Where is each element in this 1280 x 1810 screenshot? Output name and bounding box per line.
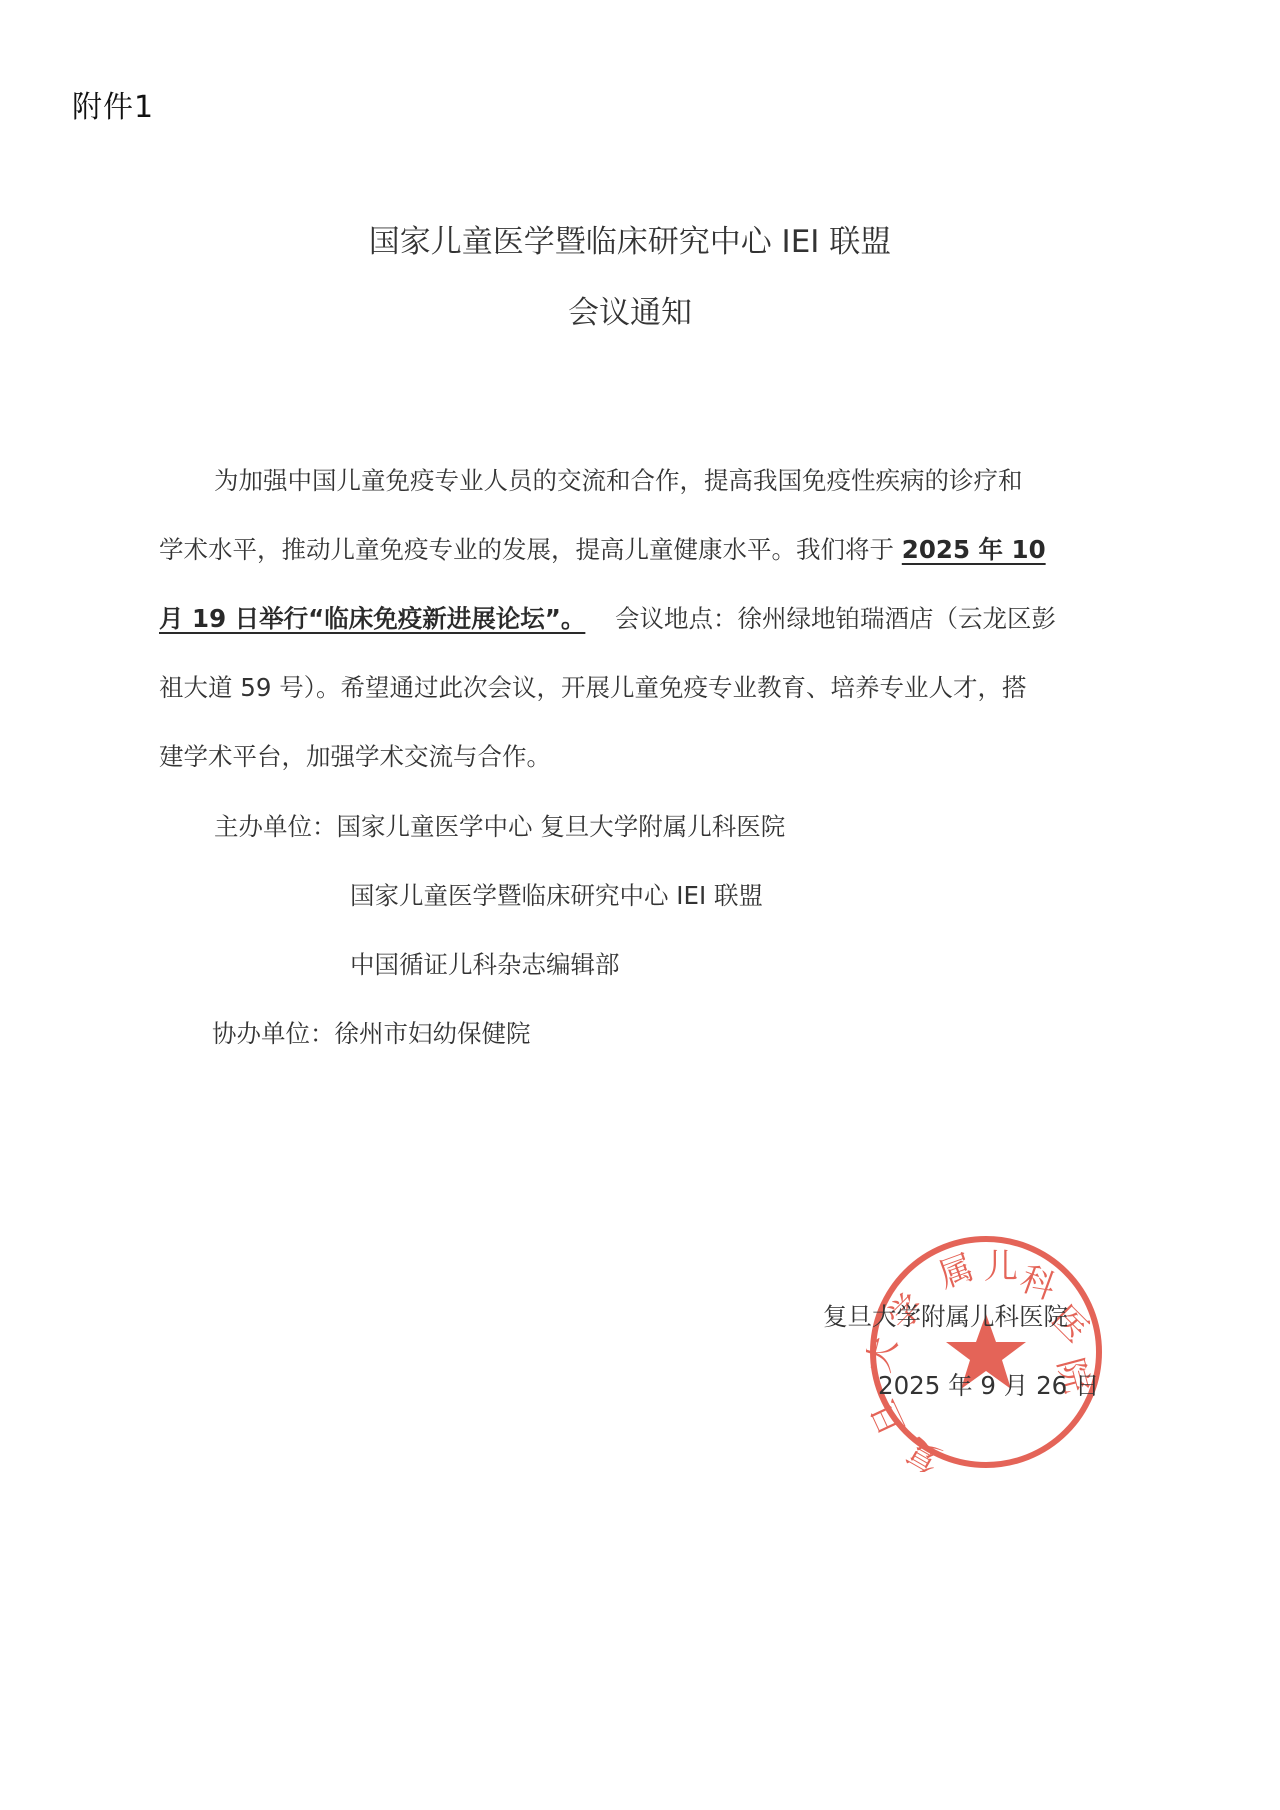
cohost-label: 协办单位：: [212, 1015, 335, 1050]
document-title: 国家儿童医学暨临床研究中心 IEI 联盟: [0, 216, 1260, 261]
signature-organization: 复旦大学附属儿科医院: [823, 1298, 1068, 1333]
body-line-2-text: 学术水平，推动儿童免疫专业的发展，提高儿童健康水平。我们将于: [159, 535, 894, 564]
host-org-2: 国家儿童医学暨临床研究中心 IEI 联盟: [350, 877, 763, 912]
venue-text: 会议地点：徐州绿地铂瑞酒店（云龙区彭: [615, 604, 1056, 633]
document-subtitle: 会议通知: [0, 287, 1260, 332]
event-date-part2: 月 19 日举行“临床免疫新进展论坛”。: [159, 604, 585, 633]
body-line-5: 建学术平台，加强学术交流与合作。: [159, 738, 551, 773]
host-org-3: 中国循证儿科杂志编辑部: [350, 946, 620, 981]
body-line-3: 月 19 日举行“临床免疫新进展论坛”。 会议地点：徐州绿地铂瑞酒店（云龙区彭: [159, 600, 1056, 635]
body-line-4: 祖大道 59 号）。希望通过此次会议，开展儿童免疫专业教育、培养专业人才，搭: [159, 669, 1027, 704]
signature-date: 2025 年 9 月 26 日: [878, 1367, 1100, 1402]
host-label: 主办单位：: [214, 808, 337, 843]
official-seal-icon: 属 儿 科 医 院 学 大 旦 复: [866, 1232, 1106, 1472]
body-line-1: 为加强中国儿童免疫专业人员的交流和合作，提高我国免疫性疾病的诊疗和: [214, 462, 1023, 497]
cohost-row: 协办单位：徐州市妇幼保健院: [212, 1015, 531, 1050]
cohost-org-1: 徐州市妇幼保健院: [335, 1019, 531, 1048]
svg-text:儿: 儿: [984, 1247, 1018, 1287]
host-org-1: 国家儿童医学中心 复旦大学附属儿科医院: [337, 812, 786, 841]
event-date-part1: 2025 年 10: [902, 535, 1046, 564]
svg-text:属: 属: [933, 1247, 979, 1296]
body-line-2: 学术水平，推动儿童免疫专业的发展，提高儿童健康水平。我们将于 2025 年 10: [159, 531, 1046, 566]
host-row-1: 主办单位：国家儿童医学中心 复旦大学附属儿科医院: [214, 808, 785, 843]
attachment-label: 附件1: [72, 82, 154, 126]
document-page: 附件1 国家儿童医学暨临床研究中心 IEI 联盟 会议通知 为加强中国儿童免疫专…: [0, 0, 1280, 1810]
